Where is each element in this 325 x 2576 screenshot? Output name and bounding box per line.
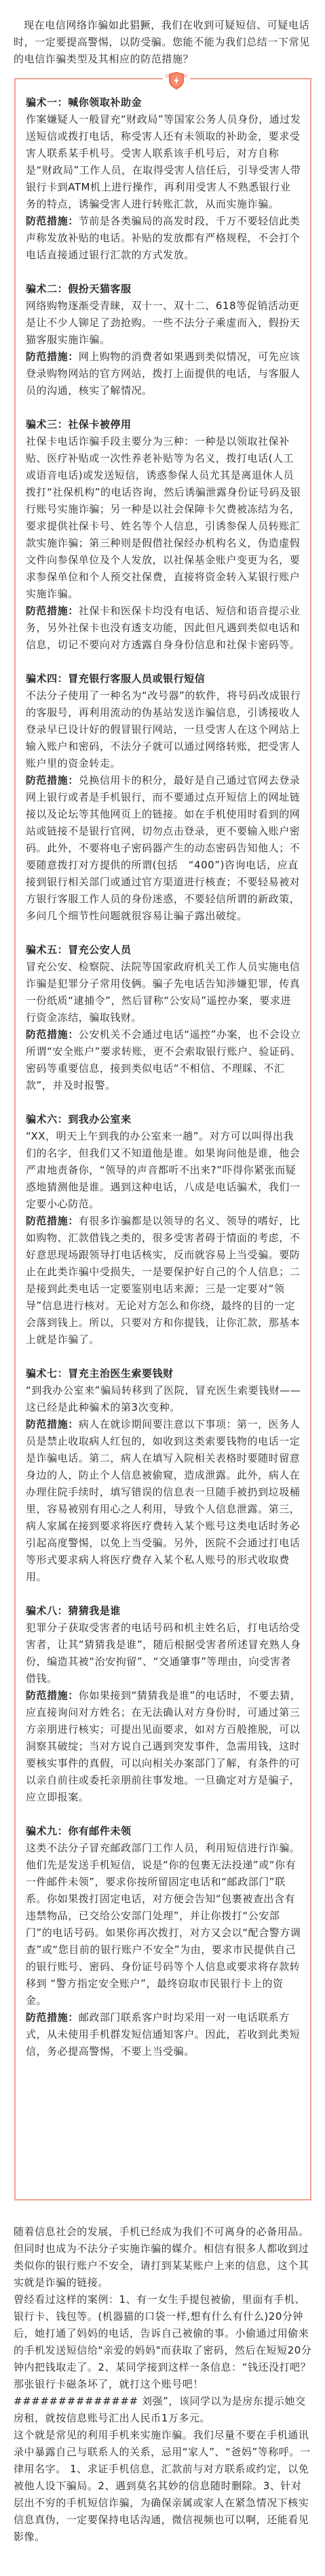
scam-description: 冒充公安、检察院、法院等国家政府机关工作人员实施电信诈骗是犯罪分子常用伎俩。骗子…: [26, 959, 301, 1026]
scam-item-1: 骗术一：喊你领取补助金 作案嫌疑人一般冒充“财政局”等国家公务人员身份，通过发送…: [26, 94, 301, 264]
scam-title: 骗术六：到我办公室来: [26, 1111, 301, 1128]
scam-description: 不法分子使用了一种名为“改号器”的软件，将号码改成银行的客服号，再利用流动的伪基…: [26, 687, 301, 772]
prevention-paragraph: 防范措施：公安机关不会通过电话“遥控”办案，也不会设立所谓“安全账户”要求转账，…: [26, 1026, 301, 1094]
prevention-label: 防范措施：: [26, 605, 79, 617]
outro-paragraph: 随着信息社会的发展，手机已经成为我们不可离身的必备用品。但同时也成为不法分子实施…: [14, 2223, 312, 2291]
prevention-label: 防范措施：: [26, 774, 79, 786]
prevention-text: 你如果接到“猜猜我是谁”的电话时，不要去猜，应直接询问对方姓名；在无法确认对方身…: [26, 1689, 301, 1803]
prevention-text: 有很多诈骗都是以领导的名义、领导的嗜好，比如购物、汇款借钱之类的，很多受害者碍于…: [26, 1215, 300, 1346]
scam-item-8: 骗术八：猜猜我是谁 犯罪分子获取受害者的电话号码和机主姓名后，打电话给受害者，让…: [26, 1603, 301, 1806]
scam-title: 骗术七：冒充主治医生索要钱财: [26, 1365, 301, 1382]
prevention-label: 防范措施：: [26, 1689, 79, 1702]
prevention-paragraph: 防范措施：网上购物的消费者如果遇到类似情况，可先应该登录购物网站的官方网站，拨打…: [26, 348, 301, 399]
prevention-label: 防范措施：: [26, 215, 79, 227]
scam-item-3: 骗术三：社保卡被停用 社保卡电话诈骗手段主要分为三种：一种是以领取社保补贴、医疗…: [26, 416, 301, 653]
scam-item-4: 骗术四：冒充银行客服人员或银行短信 不法分子使用了一种名为“改号器”的软件，将号…: [26, 670, 301, 925]
prevention-paragraph: 防范措施：兑换信用卡的积分，最好是自己通过官网去登录网上银行或者是手机银行，而不…: [26, 772, 301, 925]
scam-title: 骗术九：你有邮件未领: [26, 1823, 301, 1840]
prevention-paragraph: 防范措施：节前是各类骗局的高发时段，千万不要轻信此类声称发放补贴的电话。补贴的发…: [26, 213, 301, 264]
outro-paragraph: 曾经看过这样的案例：1、有一女生手提包被偷，里面有手机、银行卡、钱包等。(机器猫…: [14, 2291, 312, 2427]
scam-item-2: 骗术二：假扮天猫客服 网络购物逐渐受青睐，双十一、双十二、618等促销活动更是让…: [26, 281, 301, 399]
scam-title: 骗术八：猜猜我是谁: [26, 1603, 301, 1619]
answer-conclusion: 随着信息社会的发展，手机已经成为我们不可离身的必备用品。但同时也成为不法分子实施…: [14, 2223, 312, 2545]
scam-title: 骗术三：社保卡被停用: [26, 416, 301, 433]
scam-description: 作案嫌疑人一般冒充“财政局”等国家公务人员身份，通过发送短信或拨打电话，称受害人…: [26, 111, 301, 213]
prevention-paragraph: 防范措施：病人在就诊期间要注意以下事项：第一，医务人员是禁止收取病人红包的，如收…: [26, 1416, 301, 1586]
outro-paragraph: 这个就是常见的利用手机来实施诈骗。我们尽量不要在手机通讯录中暴露自己与联系人的关…: [14, 2427, 312, 2545]
scam-description: “XX，明天上午到我的办公室来一趟”。对方可以叫得出我们的名字，但我们又不知道他…: [26, 1128, 301, 1213]
scam-types-box: 骗术一：喊你领取补助金 作案嫌疑人一般冒充“财政局”等国家公务人员身份，通过发送…: [14, 78, 311, 2200]
prevention-label: 防范措施：: [26, 1028, 79, 1041]
prevention-paragraph: 防范措施：社保卡和医保卡均没有电话、短信和语音提示业务，另外社保卡也没有透支功能…: [26, 603, 301, 653]
scam-description: “到我办公室来”骗局转移到了医院，冒充医生索要钱财——这已经是此种骗术的第3次变…: [26, 1382, 301, 1416]
prevention-text: 病人在就诊期间要注意以下事项：第一，医务人员是禁止收取病人红包的，如收到这类索要…: [26, 1418, 300, 1583]
scam-title: 骗术二：假扮天猫客服: [26, 281, 301, 298]
scam-title: 骗术五：冒充公安人员: [26, 942, 301, 959]
scam-description: 犯罪分子获取受害者的电话号码和机主姓名后，打电话给受害者，让其“猜猜我是谁”，随…: [26, 1619, 301, 1687]
prevention-label: 防范措施：: [26, 1215, 79, 1227]
scam-description: 这类不法分子冒充邮政部门工作人员，利用短信进行诈骗。他们先是发送手机短信，说是“…: [26, 1840, 301, 2009]
scam-title: 骗术一：喊你领取补助金: [26, 94, 301, 111]
prevention-label: 防范措施：: [26, 2011, 79, 2024]
prevention-paragraph: 防范措施：邮政部门联系客户时均采用一对一电话联系方式，从未使用手机群发短信通知客…: [26, 2009, 301, 2060]
scam-description: 社保卡电话诈骗手段主要分为三种：一种是以领取社保补贴、医疗补贴或一次性养老补贴等…: [26, 433, 301, 603]
scam-title: 骗术四：冒充银行客服人员或银行短信: [26, 670, 301, 687]
scam-item-7: 骗术七：冒充主治医生索要钱财 “到我办公室来”骗局转移到了医院，冒充医生索要钱财…: [26, 1365, 301, 1586]
intro-question: 现在电信网络诈骗如此猖獗，我们在收到可疑短信、可疑电话时，一定要提高警惕，以防受…: [14, 17, 312, 68]
scam-item-6: 骗术六：到我办公室来 “XX，明天上午到我的办公室来一趟”。对方可以叫得出我们的…: [26, 1111, 301, 1348]
scam-description: 网络购物逐渐受青睐，双十一、双十二、618等促销活动更是让不少人铆足了劲抢购。一…: [26, 298, 301, 348]
shield-lightning-icon: [163, 71, 190, 92]
scam-item-5: 骗术五：冒充公安人员 冒充公安、检察院、法院等国家政府机关工作人员实施电信诈骗是…: [26, 942, 301, 1094]
prevention-text: 兑换信用卡的积分，最好是自己通过官网去登录网上银行或者是手机银行，而不要通过点开…: [26, 774, 300, 922]
scam-list: 骗术一：喊你领取补助金 作案嫌疑人一般冒充“财政局”等国家公务人员身份，通过发送…: [26, 94, 301, 2060]
scam-item-9: 骗术九：你有邮件未领 这类不法分子冒充邮政部门工作人员，利用短信进行诈骗。他们先…: [26, 1823, 301, 2060]
prevention-paragraph: 防范措施：你如果接到“猜猜我是谁”的电话时，不要去猜，应直接询问对方姓名；在无法…: [26, 1687, 301, 1806]
prevention-label: 防范措施：: [26, 350, 79, 363]
prevention-paragraph: 防范措施：有很多诈骗都是以领导的名义、领导的嗜好，比如购物、汇款借钱之类的，很多…: [26, 1213, 301, 1348]
prevention-label: 防范措施：: [26, 1418, 79, 1430]
